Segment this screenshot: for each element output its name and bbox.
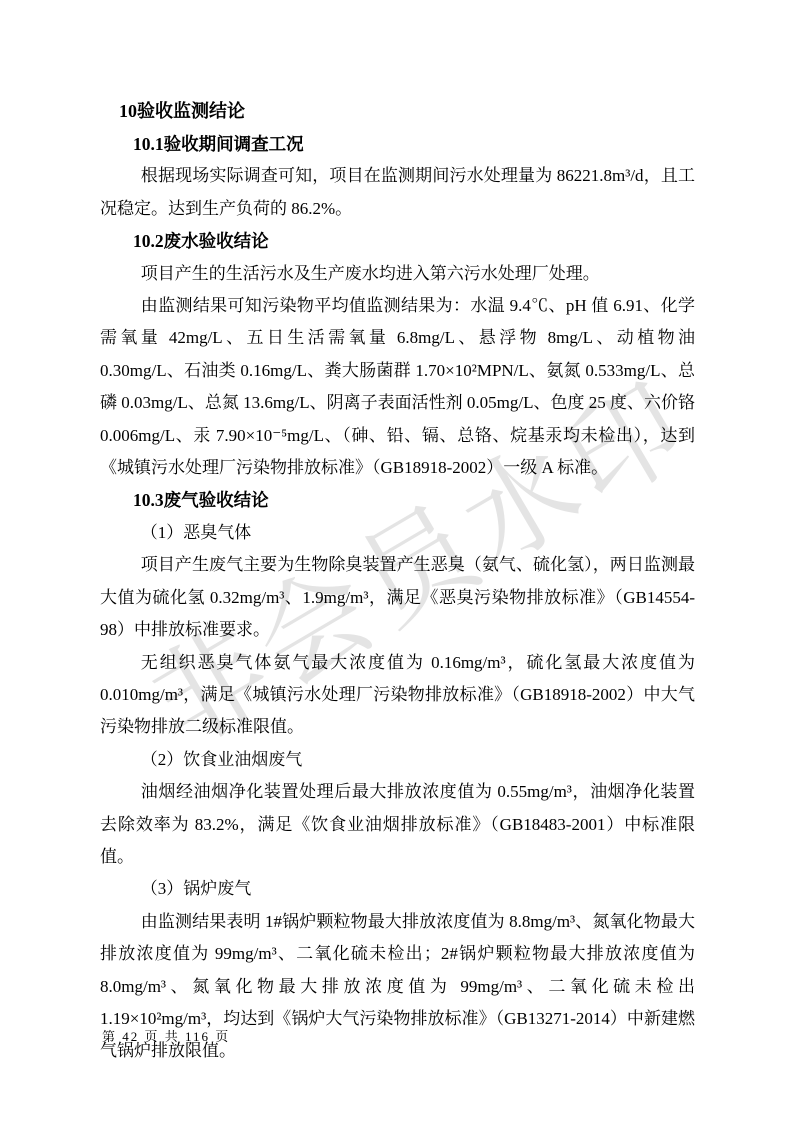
paragraph-wastewater-results: 由监测结果可知污染物平均值监测结果为：水温 9.4℃、pH 值 6.91、化学需…: [100, 290, 695, 484]
subitem-3-boiler-gas-label: （3）锅炉废气: [100, 873, 695, 905]
paragraph-operating-conditions: 根据现场实际调查可知，项目在监测期间污水处理量为 86221.8m³/d，且工况…: [100, 160, 695, 225]
section-heading-10-1: 10.1验收期间调查工况: [100, 128, 695, 160]
document-page: 非会员水印 10验收监测结论 10.1验收期间调查工况 根据现场实际调查可知，项…: [0, 0, 793, 1122]
subitem-1-odor-gas-label: （1）恶臭气体: [100, 517, 695, 549]
paragraph-cooking-fume-results: 油烟经油烟净化装置处理后最大排放浓度值为 0.55mg/m³，油烟净化装置去除效…: [100, 776, 695, 873]
document-body: 10验收监测结论 10.1验收期间调查工况 根据现场实际调查可知，项目在监测期间…: [0, 0, 793, 1068]
subitem-2-cooking-fume-label: （2）饮食业油烟废气: [100, 744, 695, 776]
paragraph-fugitive-odor-results: 无组织恶臭气体氨气最大浓度值为 0.16mg/m³，硫化氢最大浓度值为 0.01…: [100, 647, 695, 744]
section-heading-10-3: 10.3废气验收结论: [100, 484, 695, 516]
chapter-heading: 10验收监测结论: [100, 94, 695, 128]
section-heading-10-2: 10.2废水验收结论: [100, 225, 695, 257]
paragraph-odor-gas-results: 项目产生废气主要为生物除臭装置产生恶臭（氨气、硫化氢），两日监测最大值为硫化氢 …: [100, 549, 695, 646]
page-number-footer: 第 42 页 共 116 页: [102, 1026, 230, 1045]
paragraph-wastewater-intro: 项目产生的生活污水及生产废水均进入第六污水处理厂处理。: [100, 258, 695, 290]
